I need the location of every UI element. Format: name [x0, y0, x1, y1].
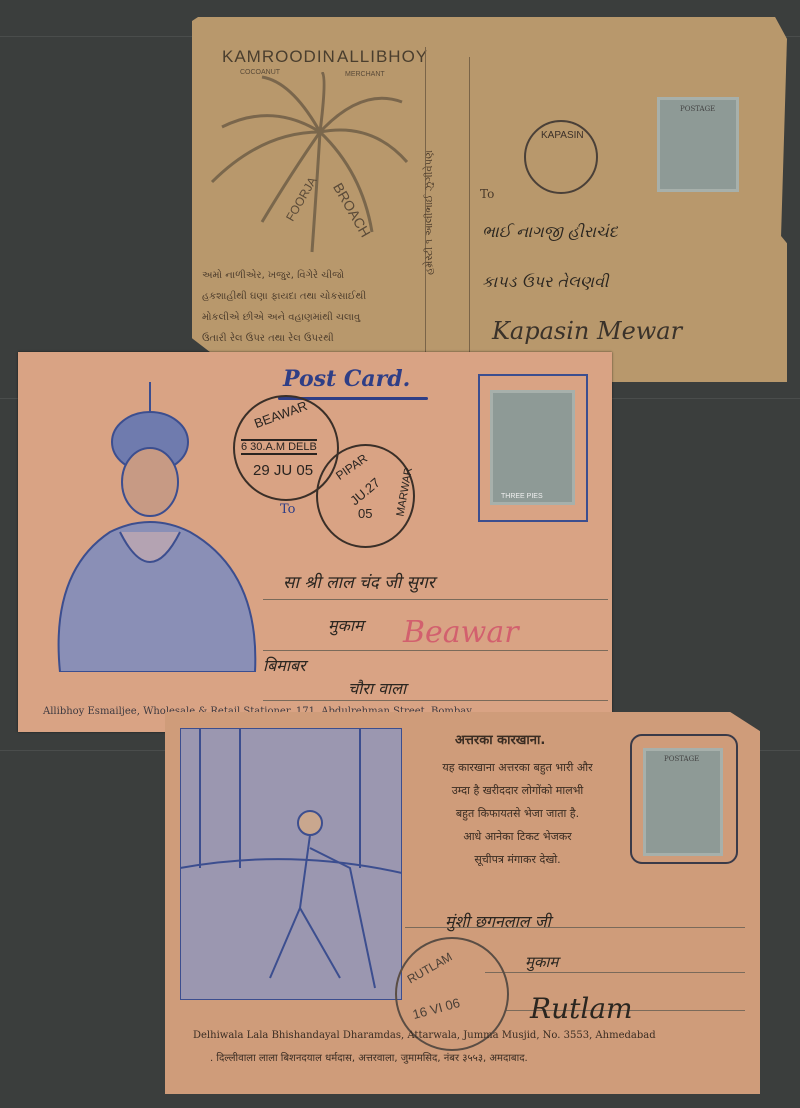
address-line: मुंशी छगनलाल जी: [445, 910, 551, 932]
merchant-name-right: ALLIBHOY: [337, 47, 428, 67]
advert-line: હકશાહીથી ઘણા ફાયદા તથા ચોકસાઈથી: [202, 286, 412, 307]
advert-line: उम्दा है खरीददार लोगोंको मालभी: [410, 779, 625, 802]
address-line: Kapasin Mewar: [492, 317, 682, 345]
postage-stamp: POSTAGE: [643, 748, 723, 856]
address-rule: [485, 972, 745, 973]
address-rule: [263, 599, 608, 600]
advert-line: बहुत किफायतसे भेजा जाता है.: [410, 802, 625, 825]
footer-hindi: . दिल्लीवाला लाला बिशनदयाल धर्मदास, अत्त…: [210, 1050, 528, 1064]
kapasin-postmark: KAPASIN: [524, 120, 598, 194]
address-line: Rutlam: [530, 992, 633, 1025]
address-line: કાપડ ઉપર તેલણવી: [482, 272, 609, 292]
to-label: To: [280, 502, 296, 517]
address-line: चौरा वाला: [348, 677, 406, 699]
address-rule: [263, 700, 608, 701]
advert-line: सूचीपत्र मंगाकर देखो.: [410, 848, 625, 871]
merchant-name-left: KAMROODIN: [222, 47, 336, 67]
advert-line: મોકલીએ છીએ અને વહાણમાંથી ચલાવુ: [202, 307, 412, 328]
postcard-kamroodin: KAMROODIN ALLIBHOY COCOANUT MERCHANT FOO…: [192, 17, 787, 382]
portrait-illustration: [30, 372, 270, 672]
address-line: ભાઈ નાગજી હીરાચંદ: [482, 222, 618, 242]
address-line: बिमाबर: [263, 654, 306, 676]
advert-line: અમો નાળીએર, ખજુર, વિગેરે ચીજો: [202, 265, 412, 286]
red-handstamp: Beawar: [403, 615, 519, 650]
postage-stamp: THREE PIES: [490, 390, 575, 505]
address-line: सा श्री लाल चंद जी सुगर: [283, 570, 435, 593]
pilgrim-illustration: [180, 728, 402, 1000]
vertical-text: હમ્રેસ્ટી ૧ આલીભાઈ ઝુગીવેપણ: [424, 150, 435, 275]
advert-line: यह कारखाना अत्तरका बहुत भारी और: [410, 756, 625, 779]
to-label: To: [480, 187, 494, 201]
footer-english: Delhiwala Lala Bhishandayal Dharamdas, A…: [193, 1030, 656, 1041]
postcard-attarwala: अत्तरका कारखाना. यह कारखाना अत्तरका बहुत…: [165, 712, 760, 1094]
advert-line: आधे आनेका टिकट भेजकर: [410, 825, 625, 848]
advert-body: यह कारखाना अत्तरका बहुत भारी और उम्दा है…: [410, 756, 625, 871]
gujarati-advert: અમો નાળીએર, ખજુર, વિગેરે ચીજો હકશાહીથી ઘ…: [202, 265, 412, 349]
divider: [469, 57, 470, 377]
address-rule: [263, 650, 608, 651]
postage-stamp: POSTAGE: [657, 97, 739, 192]
advert-heading: अत्तरका कारखाना.: [455, 730, 545, 748]
address-line: मुकाम: [328, 614, 364, 636]
postcard-allibhoy: Post Card. BEAWAR 6 30.A.M DELB 29 JU 05…: [18, 352, 612, 732]
advert-line: ઉતારી રેલ ઉપર તથા રેલ ઉપરથી: [202, 328, 412, 349]
palm-tree-illustration: [202, 72, 412, 262]
address-line: मुकाम: [525, 952, 558, 972]
postcard-title: Post Card.: [283, 366, 410, 392]
pipar-postmark: PIPAR JU.27 05 MARWAR: [316, 444, 415, 548]
